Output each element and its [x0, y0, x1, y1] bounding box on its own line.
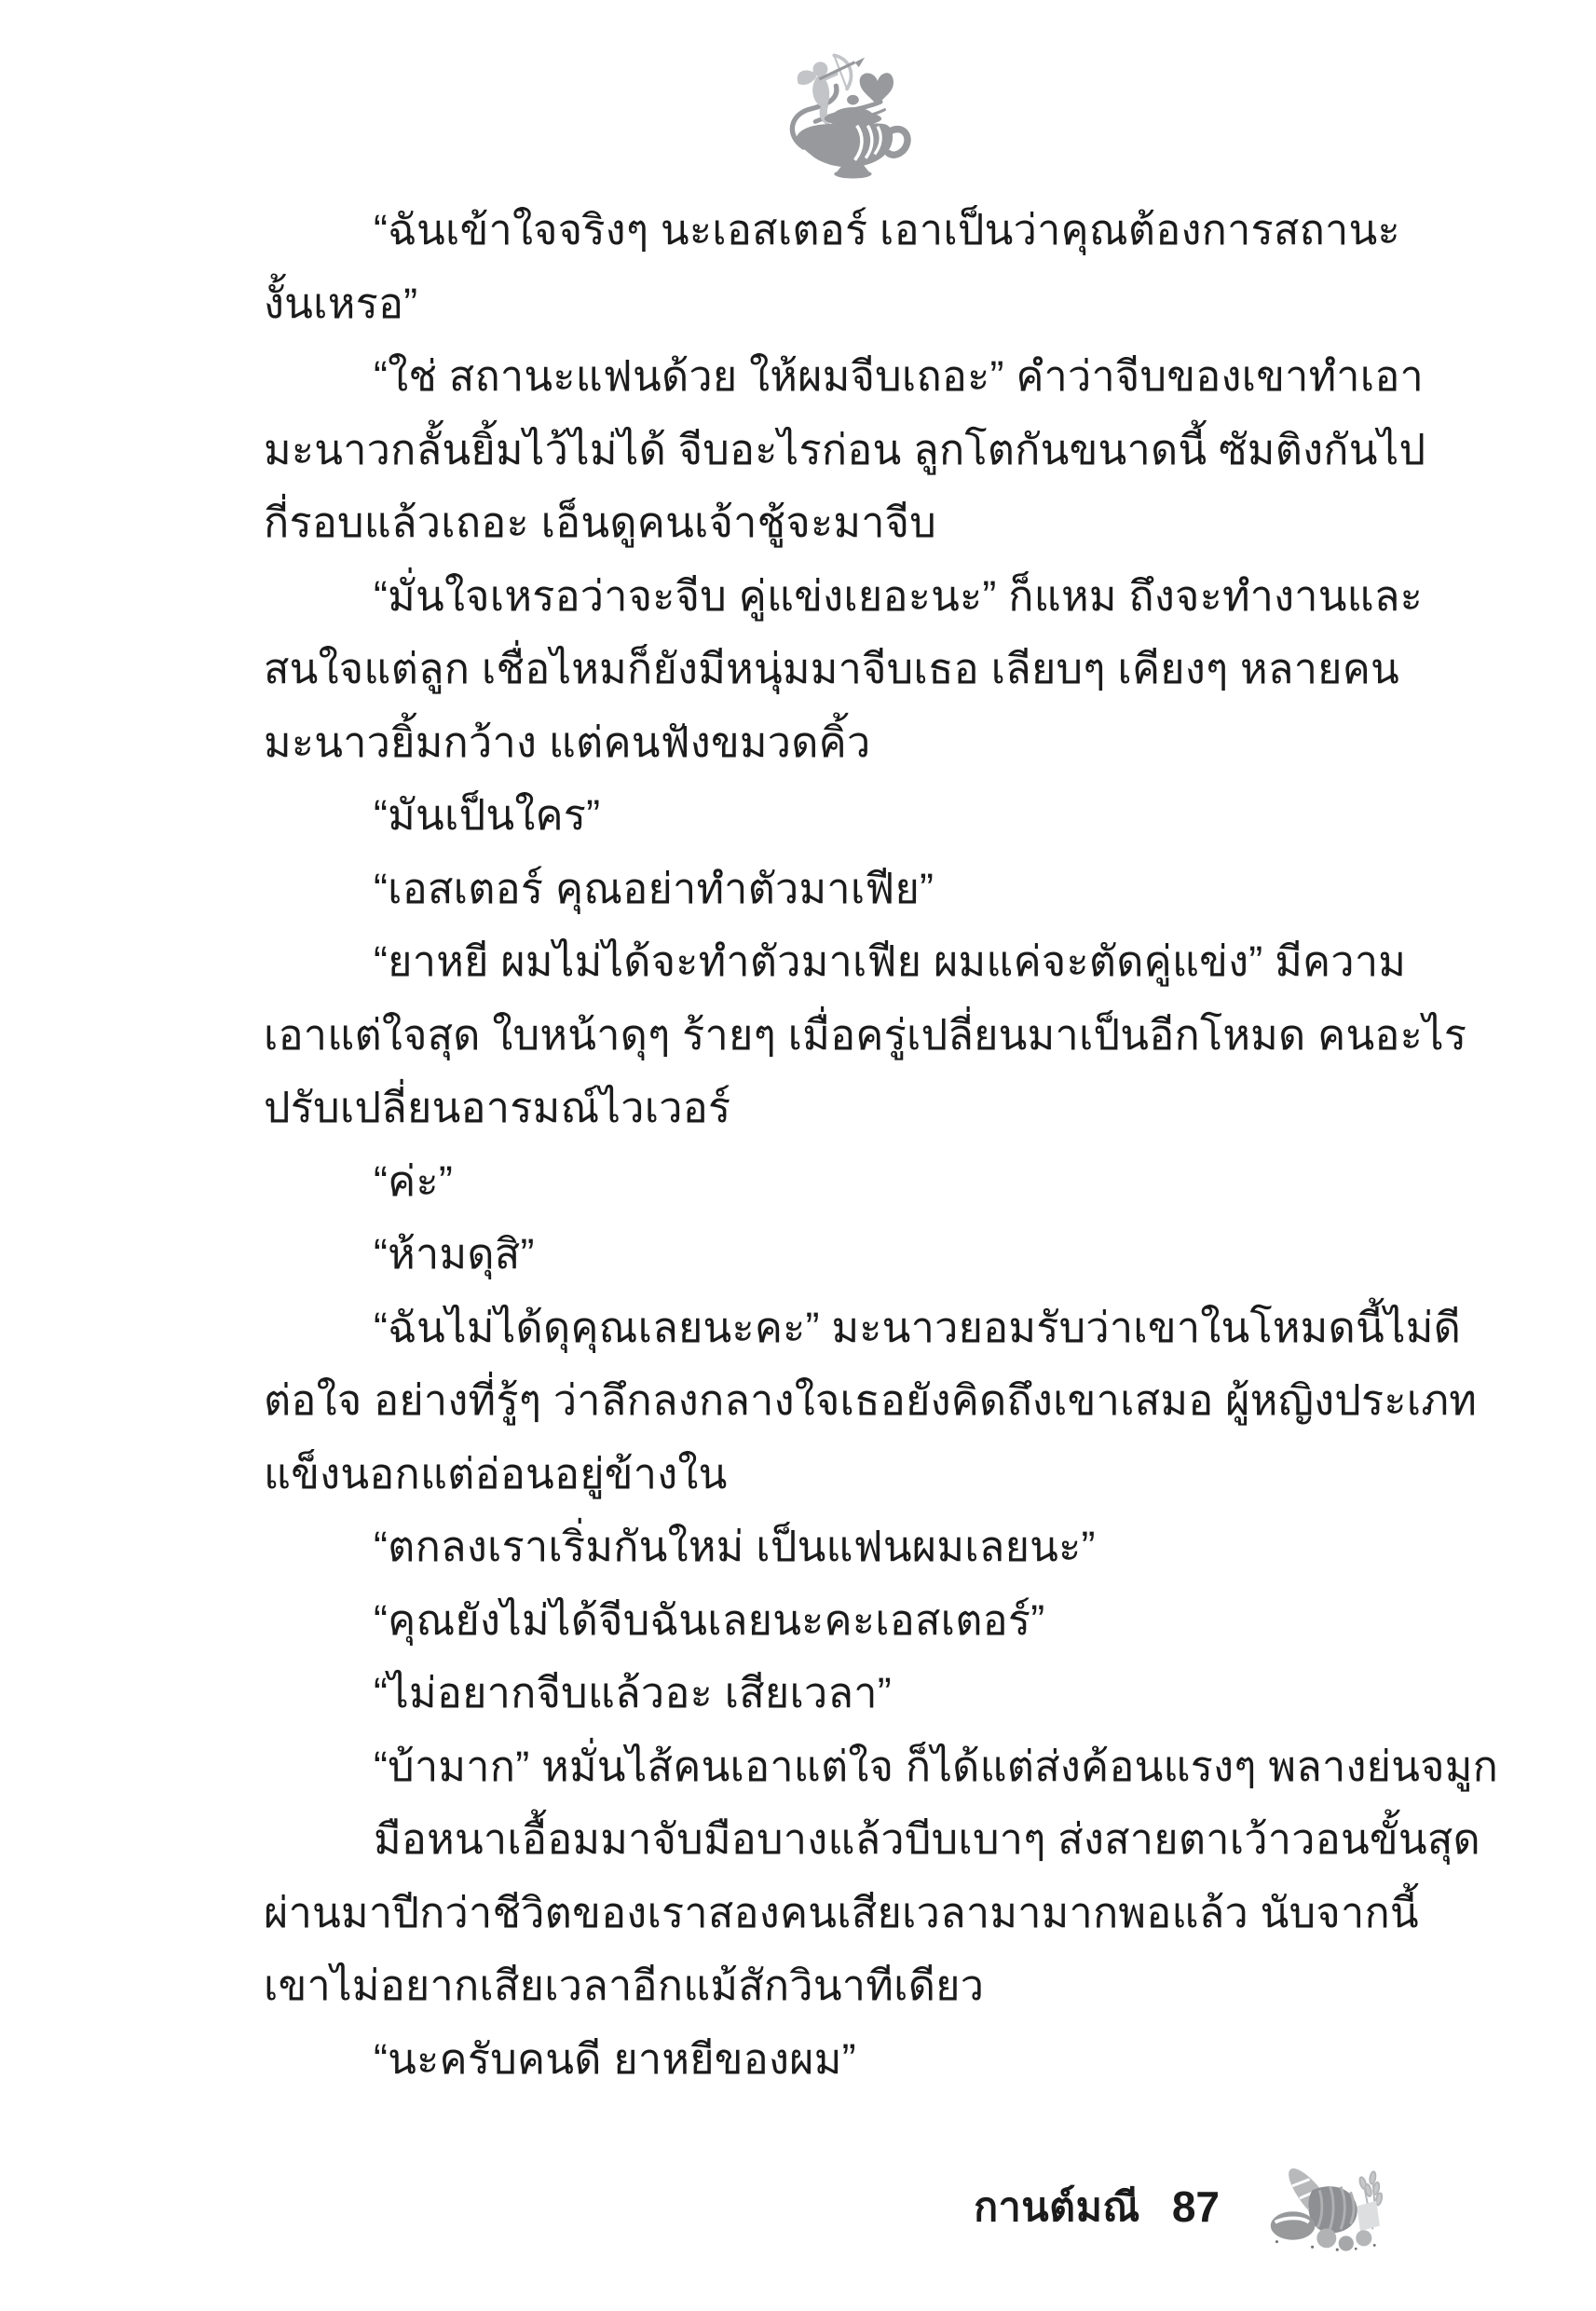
bread-ornament	[1261, 2160, 1385, 2253]
book-title: กานต์มณี	[974, 2175, 1140, 2238]
text-line: “มันเป็นใคร”	[264, 779, 1428, 853]
text-line: “ไม่อยากจีบแล้วอะ เสียเวลา”	[264, 1657, 1428, 1730]
text-line: มะนาวยิ้มกว้าง แต่คนฟังขมวดคิ้ว	[264, 706, 1428, 780]
text-line: มะนาวกลั้นยิ้มไว้ไม่ได้ จีบอะไรก่อน ลูกโ…	[264, 414, 1428, 487]
text-line: กี่รอบแล้วเถอะ เอ็นดูคนเจ้าชู้จะมาจีบ	[264, 486, 1428, 560]
text-line: ผ่านมาปีกว่าชีวิตของเราสองคนเสียเวลามามา…	[264, 1877, 1428, 1950]
text-line: งั้นเหรอ”	[264, 267, 1428, 341]
text-line: “คุณยังไม่ได้จีบฉันเลยนะคะเอสเตอร์”	[264, 1584, 1428, 1658]
text-line: “ค่ะ”	[264, 1145, 1428, 1219]
text-line: เอาแต่ใจสุด ใบหน้าดุๆ ร้ายๆ เมื่อครู่เปล…	[264, 999, 1428, 1073]
lamp-cupid-heart-ornament	[781, 48, 911, 179]
text-line: “บ้ามาก” หมั่นไส้คนเอาแต่ใจ ก็ได้แต่ส่งค…	[264, 1730, 1428, 1804]
text-line: แข็งนอกแต่อ่อนอยู่ข้างใน	[264, 1438, 1428, 1511]
page-footer: กานต์มณี 87	[974, 2160, 1385, 2253]
text-line: “ฉันเข้าใจจริงๆ นะเอสเตอร์ เอาเป็นว่าคุณ…	[264, 194, 1428, 267]
text-line: ปรับเปลี่ยนอารมณ์ไวเวอร์	[264, 1072, 1428, 1145]
genie-lamp-icon	[781, 48, 911, 179]
text-line: เขาไม่อยากเสียเวลาอีกแม้สักวินาทีเดียว	[264, 1949, 1428, 2023]
bread-wheat-icon	[1261, 2160, 1385, 2253]
text-line: “มั่นใจเหรอว่าจะจีบ คู่แข่งเยอะนะ” ก็แหม…	[264, 560, 1428, 634]
text-line: “เอสเตอร์ คุณอย่าทำตัวมาเฟีย”	[264, 853, 1428, 926]
text-line: “ฉันไม่ได้ดุคุณเลยนะคะ” มะนาวยอมรับว่าเข…	[264, 1292, 1428, 1365]
body-text: “ฉันเข้าใจจริงๆ นะเอสเตอร์ เอาเป็นว่าคุณ…	[264, 194, 1428, 2096]
text-line: ต่อใจ อย่างที่รู้ๆ ว่าลึกลงกลางใจเธอยังค…	[264, 1364, 1428, 1438]
text-line: “นะครับคนดี ยาหยีของผม”	[264, 2023, 1428, 2097]
text-line: “ตกลงเราเริ่มกันใหม่ เป็นแฟนผมเลยนะ”	[264, 1511, 1428, 1584]
text-line: “ยาหยี ผมไม่ได้จะทำตัวมาเฟีย ผมแค่จะตัดค…	[264, 925, 1428, 999]
page-number: 87	[1172, 2181, 1220, 2232]
text-line: มือหนาเอื้อมมาจับมือบางแล้วบีบเบาๆ ส่งสา…	[264, 1803, 1428, 1877]
text-line: “ใช่ สถานะแฟนด้วย ให้ผมจีบเถอะ” คำว่าจีบ…	[264, 340, 1428, 414]
text-line: สนใจแต่ลูก เชื่อไหมก็ยังมีหนุ่มมาจีบเธอ …	[264, 633, 1428, 706]
text-line: “ห้ามดุสิ”	[264, 1218, 1428, 1292]
book-page: “ฉันเข้าใจจริงๆ นะเอสเตอร์ เอาเป็นว่าคุณ…	[0, 0, 1596, 2311]
